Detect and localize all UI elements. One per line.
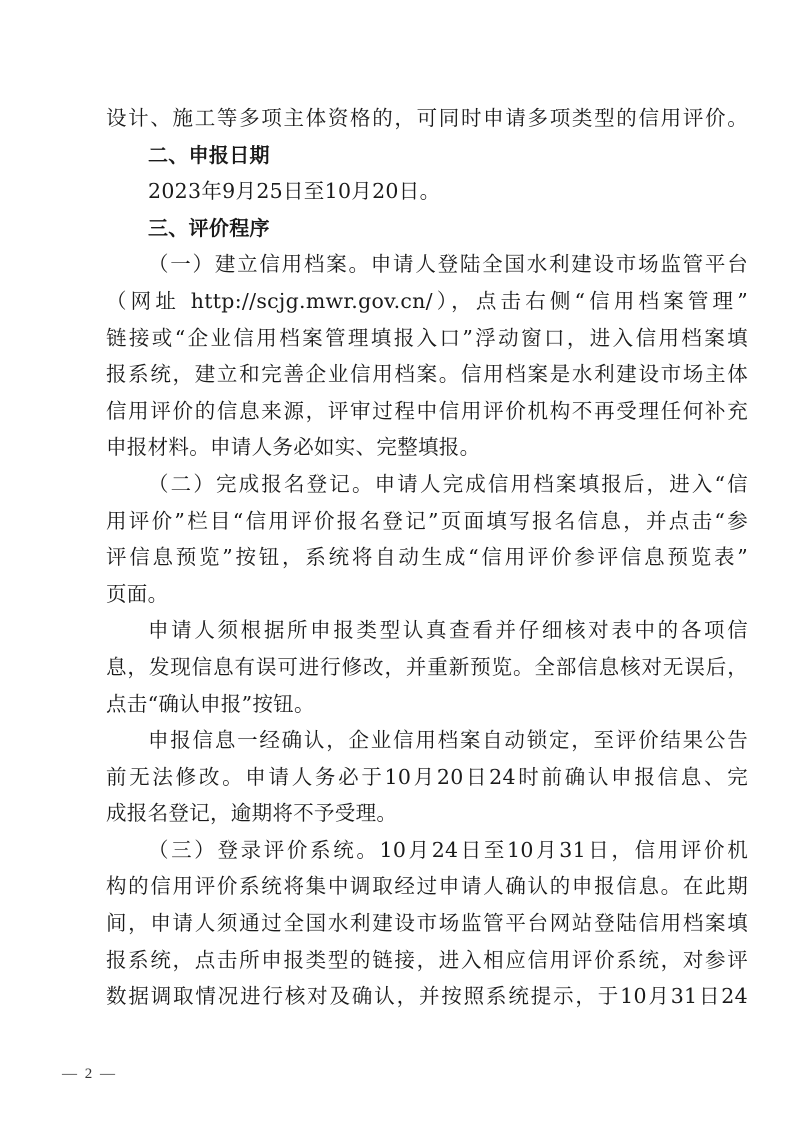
text-line-9: 信用评价的信息来源，评审过程中信用评价机构不再受理任何补充	[106, 393, 748, 430]
text-line-20: 成报名登记，逾期将不予受理。	[106, 795, 748, 832]
text-line-3: 2023年9月25日至10月20日。	[106, 173, 748, 210]
text-line-21: （三）登录评价系统。10月24日至10月31日，信用评价机	[106, 832, 748, 869]
document-page: 设计、施工等多项主体资格的，可同时申请多项类型的信用评价。 二、申报日期 202…	[106, 100, 748, 1015]
page-number: — 2 —	[62, 1066, 117, 1083]
text-line-24: 报系统，点击所申报类型的链接，进入相应信用评价系统，对参评	[106, 942, 748, 979]
text-line-8: 报系统，建立和完善企业信用档案。信用档案是水利建设市场主体	[106, 356, 748, 393]
text-line-10: 申报材料。申请人务必如实、完整填报。	[106, 429, 748, 466]
text-line-12: 用评价”栏目“信用评价报名登记”页面填写报名信息，并点击“参	[106, 503, 748, 540]
text-line-7: 链接或“企业信用档案管理填报入口”浮动窗口，进入信用档案填	[106, 320, 748, 357]
text-line-22: 构的信用评价系统将集中调取经过申请人确认的申报信息。在此期	[106, 868, 748, 905]
text-line-19: 前无法修改。申请人务必于10月20日24时前确认申报信息、完	[106, 759, 748, 796]
text-line-14: 页面。	[106, 576, 748, 613]
text-line-16: 息，发现信息有误可进行修改，并重新预览。全部信息核对无误后，	[106, 649, 748, 686]
text-line-23: 间，申请人须通过全国水利建设市场监管平台网站登陆信用档案填	[106, 905, 748, 942]
text-line-11: （二）完成报名登记。申请人完成信用档案填报后，进入“信	[106, 466, 748, 503]
text-line-15: 申请人须根据所申报类型认真查看并仔细核对表中的各项信	[106, 612, 748, 649]
text-line-25: 数据调取情况进行核对及确认，并按照系统提示，于10月31日24	[106, 978, 748, 1015]
text-line-1: 设计、施工等多项主体资格的，可同时申请多项类型的信用评价。	[106, 100, 748, 137]
text-line-6: （网址 http://scjg.mwr.gov.cn/），点击右侧“信用档案管理…	[106, 283, 748, 320]
text-line-13: 评信息预览”按钮，系统将自动生成“信用评价参评信息预览表”	[106, 539, 748, 576]
text-line-5: （一）建立信用档案。申请人登陆全国水利建设市场监管平台	[106, 246, 748, 283]
text-line-17: 点击“确认申报”按钮。	[106, 686, 748, 723]
text-line-18: 申报信息一经确认，企业信用档案自动锁定，至评价结果公告	[106, 722, 748, 759]
section-heading-procedure: 三、评价程序	[106, 210, 748, 247]
section-heading-date: 二、申报日期	[106, 137, 748, 174]
